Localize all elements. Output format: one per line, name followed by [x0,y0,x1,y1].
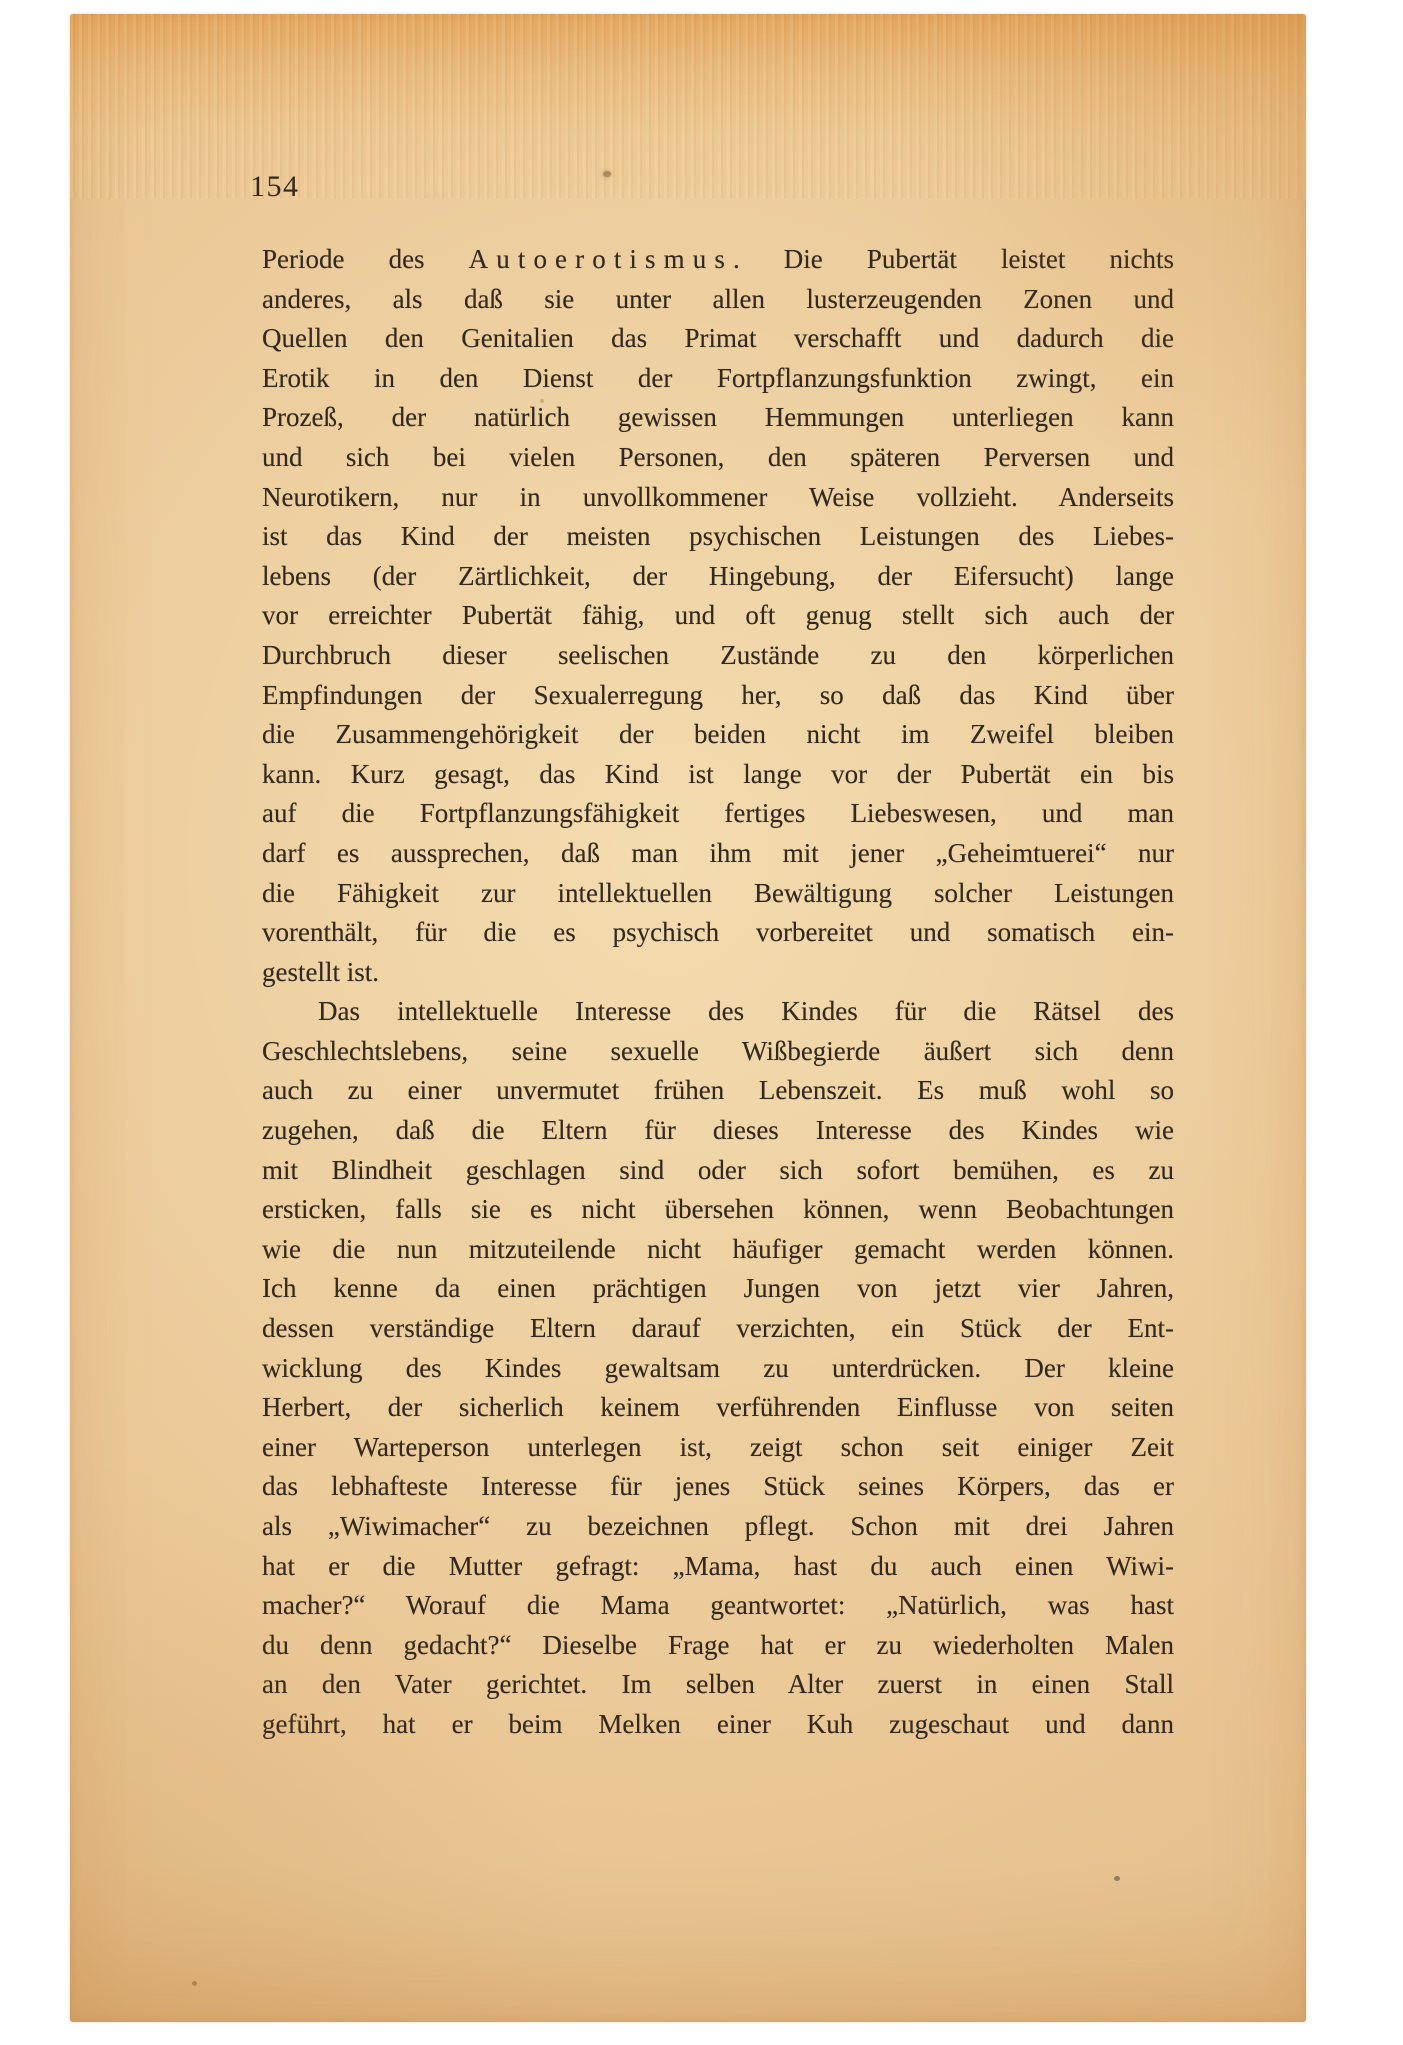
text-line: Empfindungen der Sexualerregung her, so … [262,676,1174,716]
text-line: die Fähigkeit zur intellektuellen Bewält… [262,874,1174,914]
text-line: darf es aussprechen, daß man ihm mit jen… [262,834,1174,874]
text-line: geführt, hat er beim Melken einer Kuh zu… [262,1705,1174,1745]
text-line: vor erreichter Pubertät fähig, und oft g… [262,596,1174,636]
text-line: lebens (der Zärtlichkeit, der Hingebung,… [262,557,1174,597]
text-line: Erotik in den Dienst der Fortpflanzungsf… [262,359,1174,399]
text-line: Periode des Autoerotismus. Die Pubertät … [262,240,1174,280]
paper-speck [192,1981,197,1986]
text-line: Das intellektuelle Interesse des Kindes … [262,992,1174,1032]
text-line: Quellen den Genitalien das Primat versch… [262,319,1174,359]
text-line: auf die Fortpflanzungsfähigkeit fertiges… [262,794,1174,834]
text-line: dessen verständige Eltern darauf verzich… [262,1309,1174,1349]
text-line: Herbert, der sicherlich keinem verführen… [262,1388,1174,1428]
text-line: Geschlechtslebens, seine sexuelle Wißbeg… [262,1032,1174,1072]
text-line: vorenthält, für die es psychisch vorbere… [262,913,1174,953]
text-line: wicklung des Kindes gewaltsam zu unterdr… [262,1349,1174,1389]
line-segment: Periode des [262,244,469,274]
text-line: mit Blindheit geschlagen sind oder sich … [262,1151,1174,1191]
text-line: die Zusammengehörigkeit der beiden nicht… [262,715,1174,755]
text-line: einer Warteperson unterlegen ist, zeigt … [262,1428,1174,1468]
text-line: und sich bei vielen Personen, den später… [262,438,1174,478]
text-line: das lebhafteste Interesse für jenes Stüc… [262,1467,1174,1507]
page-number: 154 [250,170,300,204]
text-line: Neurotikern, nur in unvollkommener Weise… [262,478,1174,518]
text-block: Periode des Autoerotismus. Die Pubertät … [262,240,1174,1745]
text-line: zugehen, daß die Eltern für dieses Inter… [262,1111,1174,1151]
text-line: an den Vater gerichtet. Im selben Alter … [262,1665,1174,1705]
text-line: ist das Kind der meisten psychischen Lei… [262,517,1174,557]
line-segment: . Die Pubertät leistet nichts [733,244,1174,274]
text-line: Durchbruch dieser seelischen Zustände zu… [262,636,1174,676]
text-line: ersticken, falls sie es nicht übersehen … [262,1190,1174,1230]
paper-speck [603,171,611,177]
paper-speck [1114,1876,1120,1881]
book-page-scan: 154 Periode des Autoerotismus. Die Puber… [70,14,1306,2022]
text-line: macher?“ Worauf die Mama geantwortet: „N… [262,1586,1174,1626]
text-line: auch zu einer unvermutet frühen Lebensze… [262,1071,1174,1111]
text-line: gestellt ist. [262,953,1174,993]
text-line: Prozeß, der natürlich gewissen Hemmungen… [262,398,1174,438]
text-line: anderes, als daß sie unter allen lusterz… [262,280,1174,320]
text-line: wie die nun mitzuteilende nicht häufiger… [262,1230,1174,1270]
text-line: kann. Kurz gesagt, das Kind ist lange vo… [262,755,1174,795]
text-line: als „Wiwimacher“ zu bezeichnen pflegt. S… [262,1507,1174,1547]
text-line: hat er die Mutter gefragt: „Mama, hast d… [262,1547,1174,1587]
text-line: du denn gedacht?“ Dieselbe Frage hat er … [262,1626,1174,1666]
text-line: Ich kenne da einen prächtigen Jungen von… [262,1269,1174,1309]
spaced-word: Autoerotismus [469,244,733,274]
